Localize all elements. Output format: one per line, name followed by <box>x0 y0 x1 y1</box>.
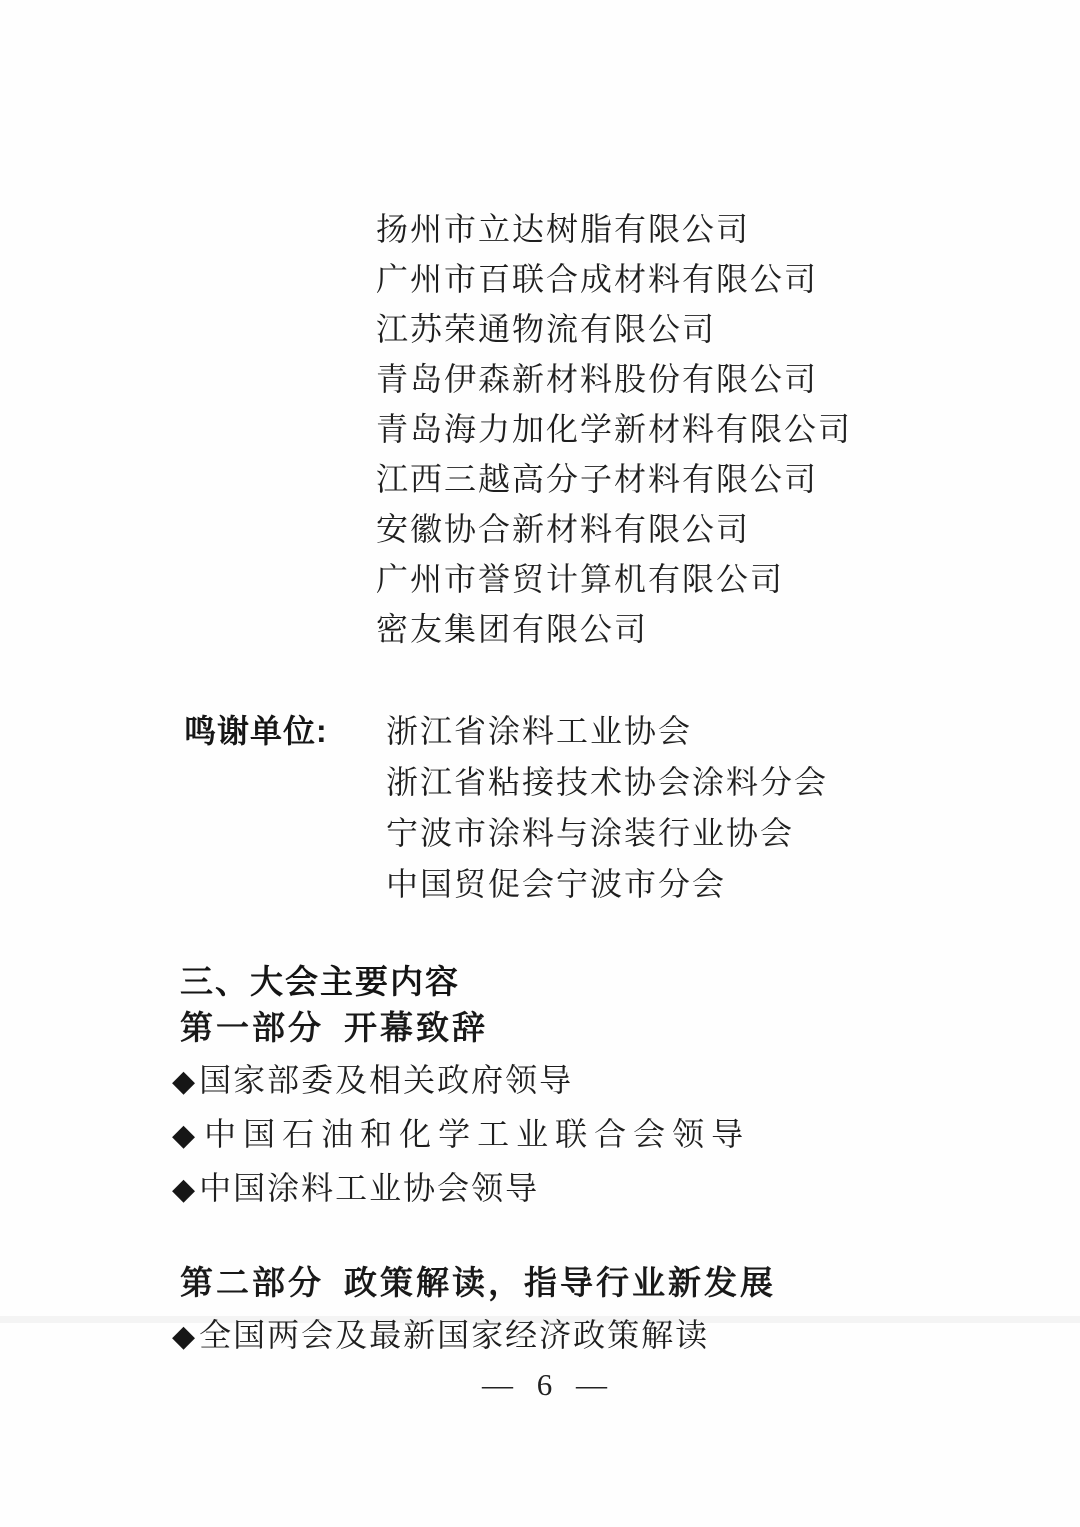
company-name: 青岛伊森新材料股份有限公司 <box>376 354 852 404</box>
organization-name: 中国贸促会宁波市分会 <box>386 859 828 910</box>
organization-name: 浙江省粘接技术协会涂料分会 <box>386 757 828 808</box>
company-name: 密友集团有限公司 <box>376 604 852 654</box>
diamond-bullet-icon: ◆ <box>172 1320 197 1353</box>
part1-label: 第一部分 <box>180 1008 324 1047</box>
agenda-item: ◆中国涂料工业协会领导 <box>172 1161 750 1215</box>
agenda-item-text: 中国涂料工业协会领导 <box>199 1170 539 1206</box>
agenda-part2-title: 第二部分政策解读，指导行业新发展 <box>180 1263 776 1303</box>
acknowledgment-organization-list: 浙江省涂料工业协会 浙江省粘接技术协会涂料分会 宁波市涂料与涂装行业协会 中国贸… <box>386 706 828 910</box>
acknowledgment-label: 鸣谢单位: <box>184 706 328 757</box>
agenda-item-text: 国家部委及相关政府领导 <box>199 1062 573 1098</box>
part1-title-text: 开幕致辞 <box>344 1008 488 1047</box>
organization-name: 宁波市涂料与涂装行业协会 <box>386 808 828 859</box>
part2-title-text: 政策解读，指导行业新发展 <box>344 1263 776 1302</box>
company-name: 江西三越高分子材料有限公司 <box>376 454 852 504</box>
diamond-bullet-icon: ◆ <box>172 1119 202 1152</box>
scanned-document-page: { "document": { "supporting_companies": … <box>0 0 1080 1527</box>
company-name: 扬州市立达树脂有限公司 <box>376 204 852 254</box>
agenda-item-text: 全国两会及最新国家经济政策解读 <box>199 1317 709 1353</box>
supporting-company-list: 扬州市立达树脂有限公司 广州市百联合成材料有限公司 江苏荣通物流有限公司 青岛伊… <box>376 204 852 654</box>
company-name: 青岛海力加化学新材料有限公司 <box>376 404 852 454</box>
agenda-part1-title: 第一部分开幕致辞 <box>180 1008 488 1048</box>
page-number: — 6 — <box>0 1366 1080 1404</box>
agenda-part1-items: ◆国家部委及相关政府领导 ◆中国石油和化学工业联合会领导 ◆中国涂料工业协会领导 <box>172 1053 750 1215</box>
company-name: 广州市百联合成材料有限公司 <box>376 254 852 304</box>
agenda-part2-items: ◆全国两会及最新国家经济政策解读 <box>172 1308 709 1362</box>
agenda-item: ◆国家部委及相关政府领导 <box>172 1053 750 1107</box>
agenda-item: ◆全国两会及最新国家经济政策解读 <box>172 1308 709 1362</box>
company-name: 安徽协合新材料有限公司 <box>376 504 852 554</box>
company-name: 江苏荣通物流有限公司 <box>376 304 852 354</box>
agenda-section-heading: 三、大会主要内容 <box>180 962 460 1002</box>
agenda-item-text: 中国石油和化学工业联合会领导 <box>204 1116 750 1152</box>
company-name: 广州市誉贸计算机有限公司 <box>376 554 852 604</box>
organization-name: 浙江省涂料工业协会 <box>386 706 828 757</box>
diamond-bullet-icon: ◆ <box>172 1173 197 1206</box>
part2-label: 第二部分 <box>180 1263 324 1302</box>
diamond-bullet-icon: ◆ <box>172 1065 197 1098</box>
agenda-item: ◆中国石油和化学工业联合会领导 <box>172 1107 750 1161</box>
